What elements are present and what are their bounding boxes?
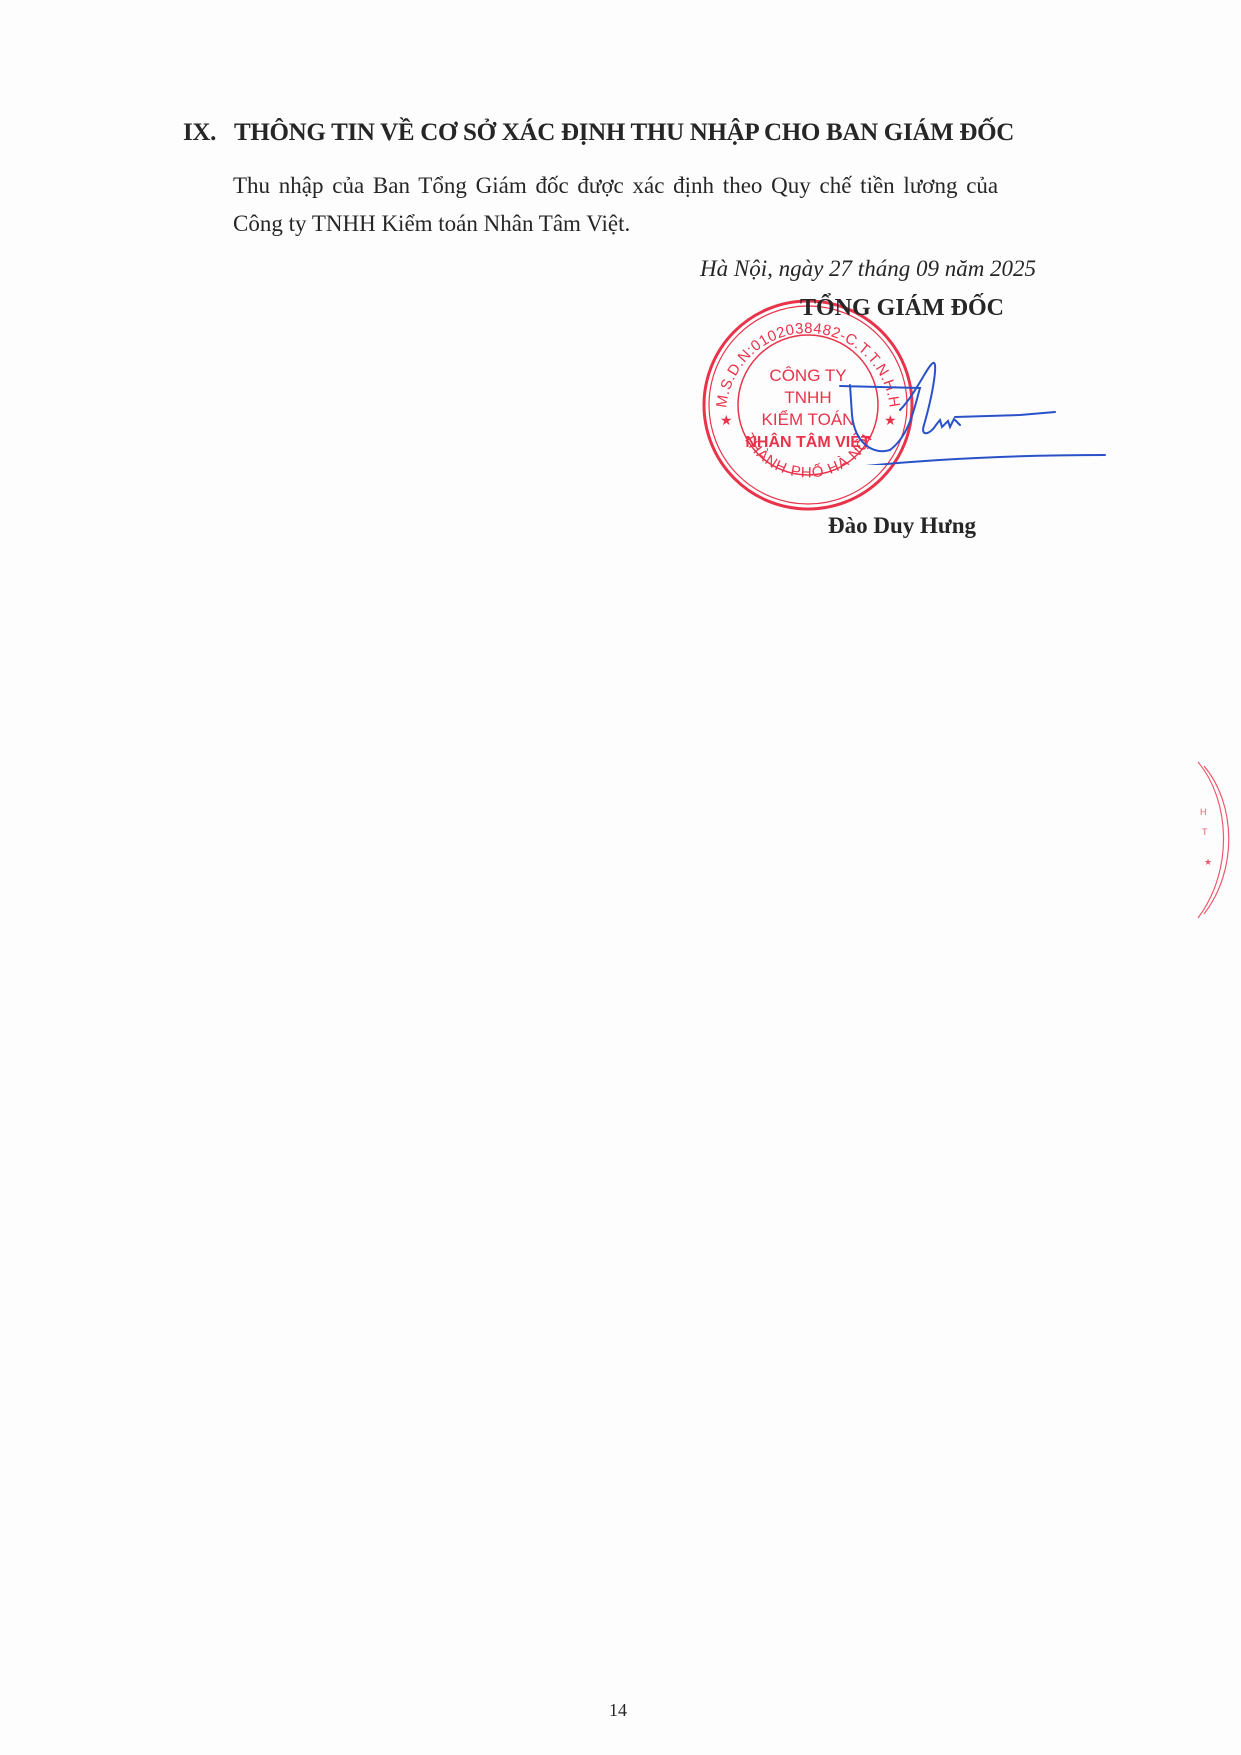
handwritten-signature-icon	[820, 355, 1110, 465]
signer-role: TỔNG GIÁM ĐỐC	[800, 295, 1004, 322]
svg-text:T: T	[1202, 827, 1208, 837]
body-paragraph-line-1: Thu nhập của Ban Tổng Giám đốc được xác …	[233, 173, 998, 199]
svg-text:H: H	[1200, 807, 1207, 817]
body-paragraph-line-2: Công ty TNHH Kiểm toán Nhân Tâm Việt.	[233, 211, 630, 237]
svg-text:★: ★	[1204, 857, 1212, 867]
place-date: Hà Nội, ngày 27 tháng 09 năm 2025	[700, 256, 1036, 282]
signer-name: Đào Duy Hưng	[828, 513, 976, 539]
section-number: IX.	[183, 119, 234, 147]
section-heading: IX.THÔNG TIN VỀ CƠ SỞ XÁC ĐỊNH THU NHẬP …	[183, 119, 1014, 147]
svg-text:★: ★	[720, 412, 733, 428]
section-title: THÔNG TIN VỀ CƠ SỞ XÁC ĐỊNH THU NHẬP CHO…	[234, 119, 1014, 146]
edge-seal-fragment-icon: H T ★	[1190, 760, 1241, 920]
page-number: 14	[609, 1700, 627, 1721]
